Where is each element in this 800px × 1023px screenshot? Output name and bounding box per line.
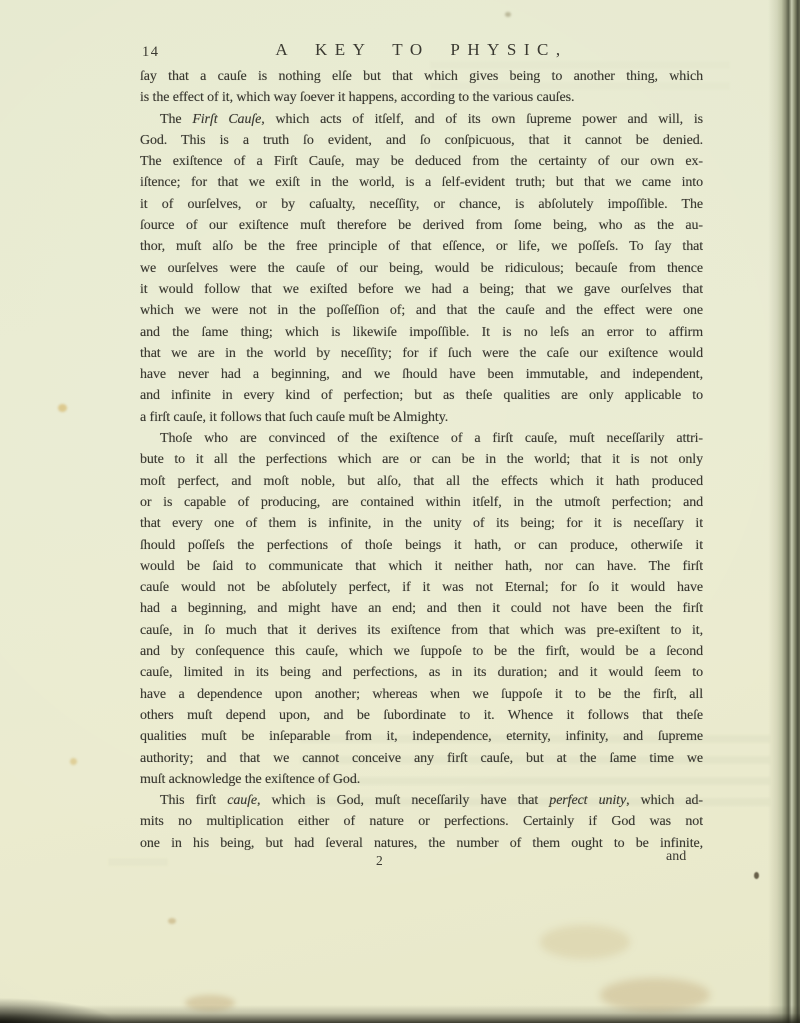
- page-body: ſay that a cauſe is nothing elſe but tha…: [140, 66, 703, 854]
- book-page-scan: { "colors": { "paper": "#e7ead0", "ink":…: [0, 0, 800, 1023]
- text-line: or is capable of producing, are containe…: [140, 492, 703, 513]
- text-line: would be ſaid to communicate that which …: [140, 556, 703, 577]
- paper-stain: [70, 758, 77, 765]
- text-line: ſhould poſſeſs the perfections of thoſe …: [140, 535, 703, 556]
- paper-stain: [168, 918, 176, 924]
- signature-mark: 2: [376, 853, 383, 869]
- text-line: is the effect of it, which way ſoever it…: [140, 87, 703, 108]
- text-line: that we are in the world by neceſſity; f…: [140, 343, 703, 364]
- text-line: cauſe, in ſo much that it derives its ex…: [140, 620, 703, 641]
- text-line: one in his being, but had ſeveral nature…: [140, 833, 703, 854]
- paper-stain: [505, 12, 511, 17]
- paper-stain: [540, 925, 630, 959]
- text-line: and by conſequence this cauſe, which we …: [140, 641, 703, 662]
- running-title: A KEY TO PHYSIC,: [140, 40, 703, 60]
- text-line: have a dependence upon another; whereas …: [140, 684, 703, 705]
- page-header: 14 A KEY TO PHYSIC,: [140, 40, 703, 64]
- text-line: cauſe would not be abſolutely perfect, i…: [140, 577, 703, 598]
- text-line: which we were not in the poſſeſſion of; …: [140, 300, 703, 321]
- text-line: mits no multiplication either of nature …: [140, 811, 703, 832]
- text-line: it would follow that we exiſted before w…: [140, 279, 703, 300]
- text-line: and infinite in every kind of perfection…: [140, 385, 703, 406]
- text-line: authority; and that we cannot conceive a…: [140, 748, 703, 769]
- text-line: The exiſtence of a Firſt Cauſe, may be d…: [140, 151, 703, 172]
- paper-stain: [600, 978, 710, 1012]
- text-line: God. This is a truth ſo evident, and ſo …: [140, 130, 703, 151]
- text-line: it of ourſelves, or by caſualty, neceſſi…: [140, 194, 703, 215]
- text-line: iſtence; for that we exiſt in the world,…: [140, 172, 703, 193]
- text-line: The Firſt Cauſe, which acts of itſelf, a…: [140, 109, 703, 130]
- paper-stain: [185, 995, 235, 1011]
- text-line: moſt perfect, and moſt noble, but alſo, …: [140, 471, 703, 492]
- text-line: cauſe, limited in its being and perfecti…: [140, 662, 703, 683]
- text-line: Thoſe who are convinced of the exiſtence…: [140, 428, 703, 449]
- text-line: thor, muſt alſo be the free principle of…: [140, 236, 703, 257]
- catchword: and: [666, 849, 686, 865]
- text-line: we ourſelves were the cauſe of our being…: [140, 258, 703, 279]
- text-line: ſay that a cauſe is nothing elſe but tha…: [140, 66, 703, 87]
- bottom-left-corner-shadow: [0, 993, 150, 1023]
- book-fore-edge: [768, 0, 800, 1023]
- text-line: that every one of them is infinite, in t…: [140, 513, 703, 534]
- text-line: others muſt depend upon, and be ſubordin…: [140, 705, 703, 726]
- text-line: This firſt cauſe, which is God, muſt nec…: [140, 790, 703, 811]
- text-line: qualities muſt be inſeparable from it, i…: [140, 726, 703, 747]
- verso-show-through: [108, 852, 168, 866]
- text-line: had a beginning, and might have an end; …: [140, 598, 703, 619]
- paper-stain: [754, 872, 759, 879]
- text-line: ſource of our exiſtence muſt therefore b…: [140, 215, 703, 236]
- text-line: and the ſame thing; which is likewiſe im…: [140, 322, 703, 343]
- paper-stain: [58, 404, 67, 412]
- text-line: have never had a beginning, and we ſhoul…: [140, 364, 703, 385]
- text-line: bute to it all the perfections which are…: [140, 449, 703, 470]
- text-line: a firſt cauſe, it follows that ſuch cauſ…: [140, 407, 703, 428]
- page-bottom-shadow: [0, 1005, 800, 1023]
- text-line: muſt acknowledge the exiſtence of God.: [140, 769, 703, 790]
